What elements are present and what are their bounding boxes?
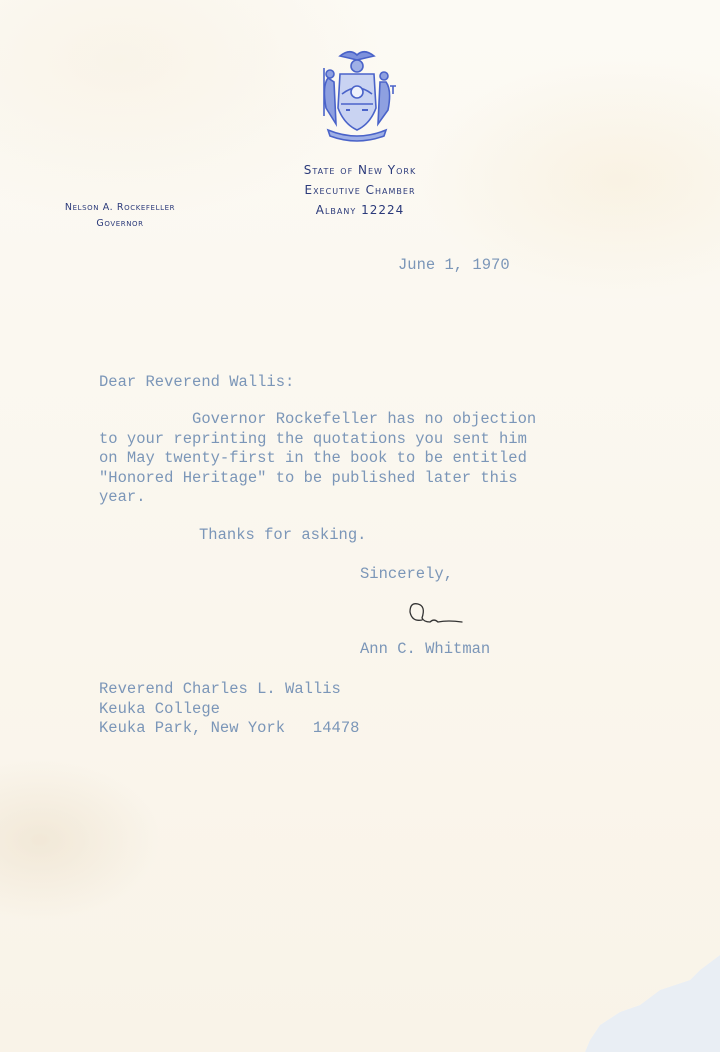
body-line: to your reprinting the quotations you se… [99, 430, 536, 450]
handwritten-signature-icon [404, 600, 468, 632]
signer-name: Ann C. Whitman [360, 640, 490, 660]
body-line: "Honored Heritage" to be published later… [99, 469, 536, 489]
sender-name: Nelson A. Rockefeller [40, 200, 200, 216]
address-line: Keuka College [99, 700, 359, 720]
letter-paper: State of New York Executive Chamber Alba… [0, 0, 720, 1052]
letterhead-state: State of New York [250, 160, 470, 180]
new-york-state-seal-icon [310, 46, 405, 146]
salutation: Dear Reverend Wallis: [99, 373, 294, 393]
sender-title: Governor [40, 216, 200, 232]
body-line: year. [99, 488, 536, 508]
letterhead-sender: Nelson A. Rockefeller Governor [40, 200, 200, 232]
body-line: on May twenty-first in the book to be en… [99, 449, 536, 469]
letterhead-office: State of New York Executive Chamber Alba… [250, 160, 470, 220]
body-paragraph: Governor Rockefeller has no objectionto … [99, 410, 536, 508]
letter-date: June 1, 1970 [398, 256, 510, 276]
recipient-address: Reverend Charles L. WallisKeuka CollegeK… [99, 680, 359, 739]
thanks-line: Thanks for asking. [199, 526, 366, 546]
address-line: Reverend Charles L. Wallis [99, 680, 359, 700]
letterhead-chamber: Executive Chamber [250, 180, 470, 200]
address-line: Keuka Park, New York 14478 [99, 719, 359, 739]
body-line: Governor Rockefeller has no objection [99, 410, 536, 430]
closing: Sincerely, [360, 565, 453, 585]
letterhead-city: Albany 12224 [250, 200, 470, 220]
